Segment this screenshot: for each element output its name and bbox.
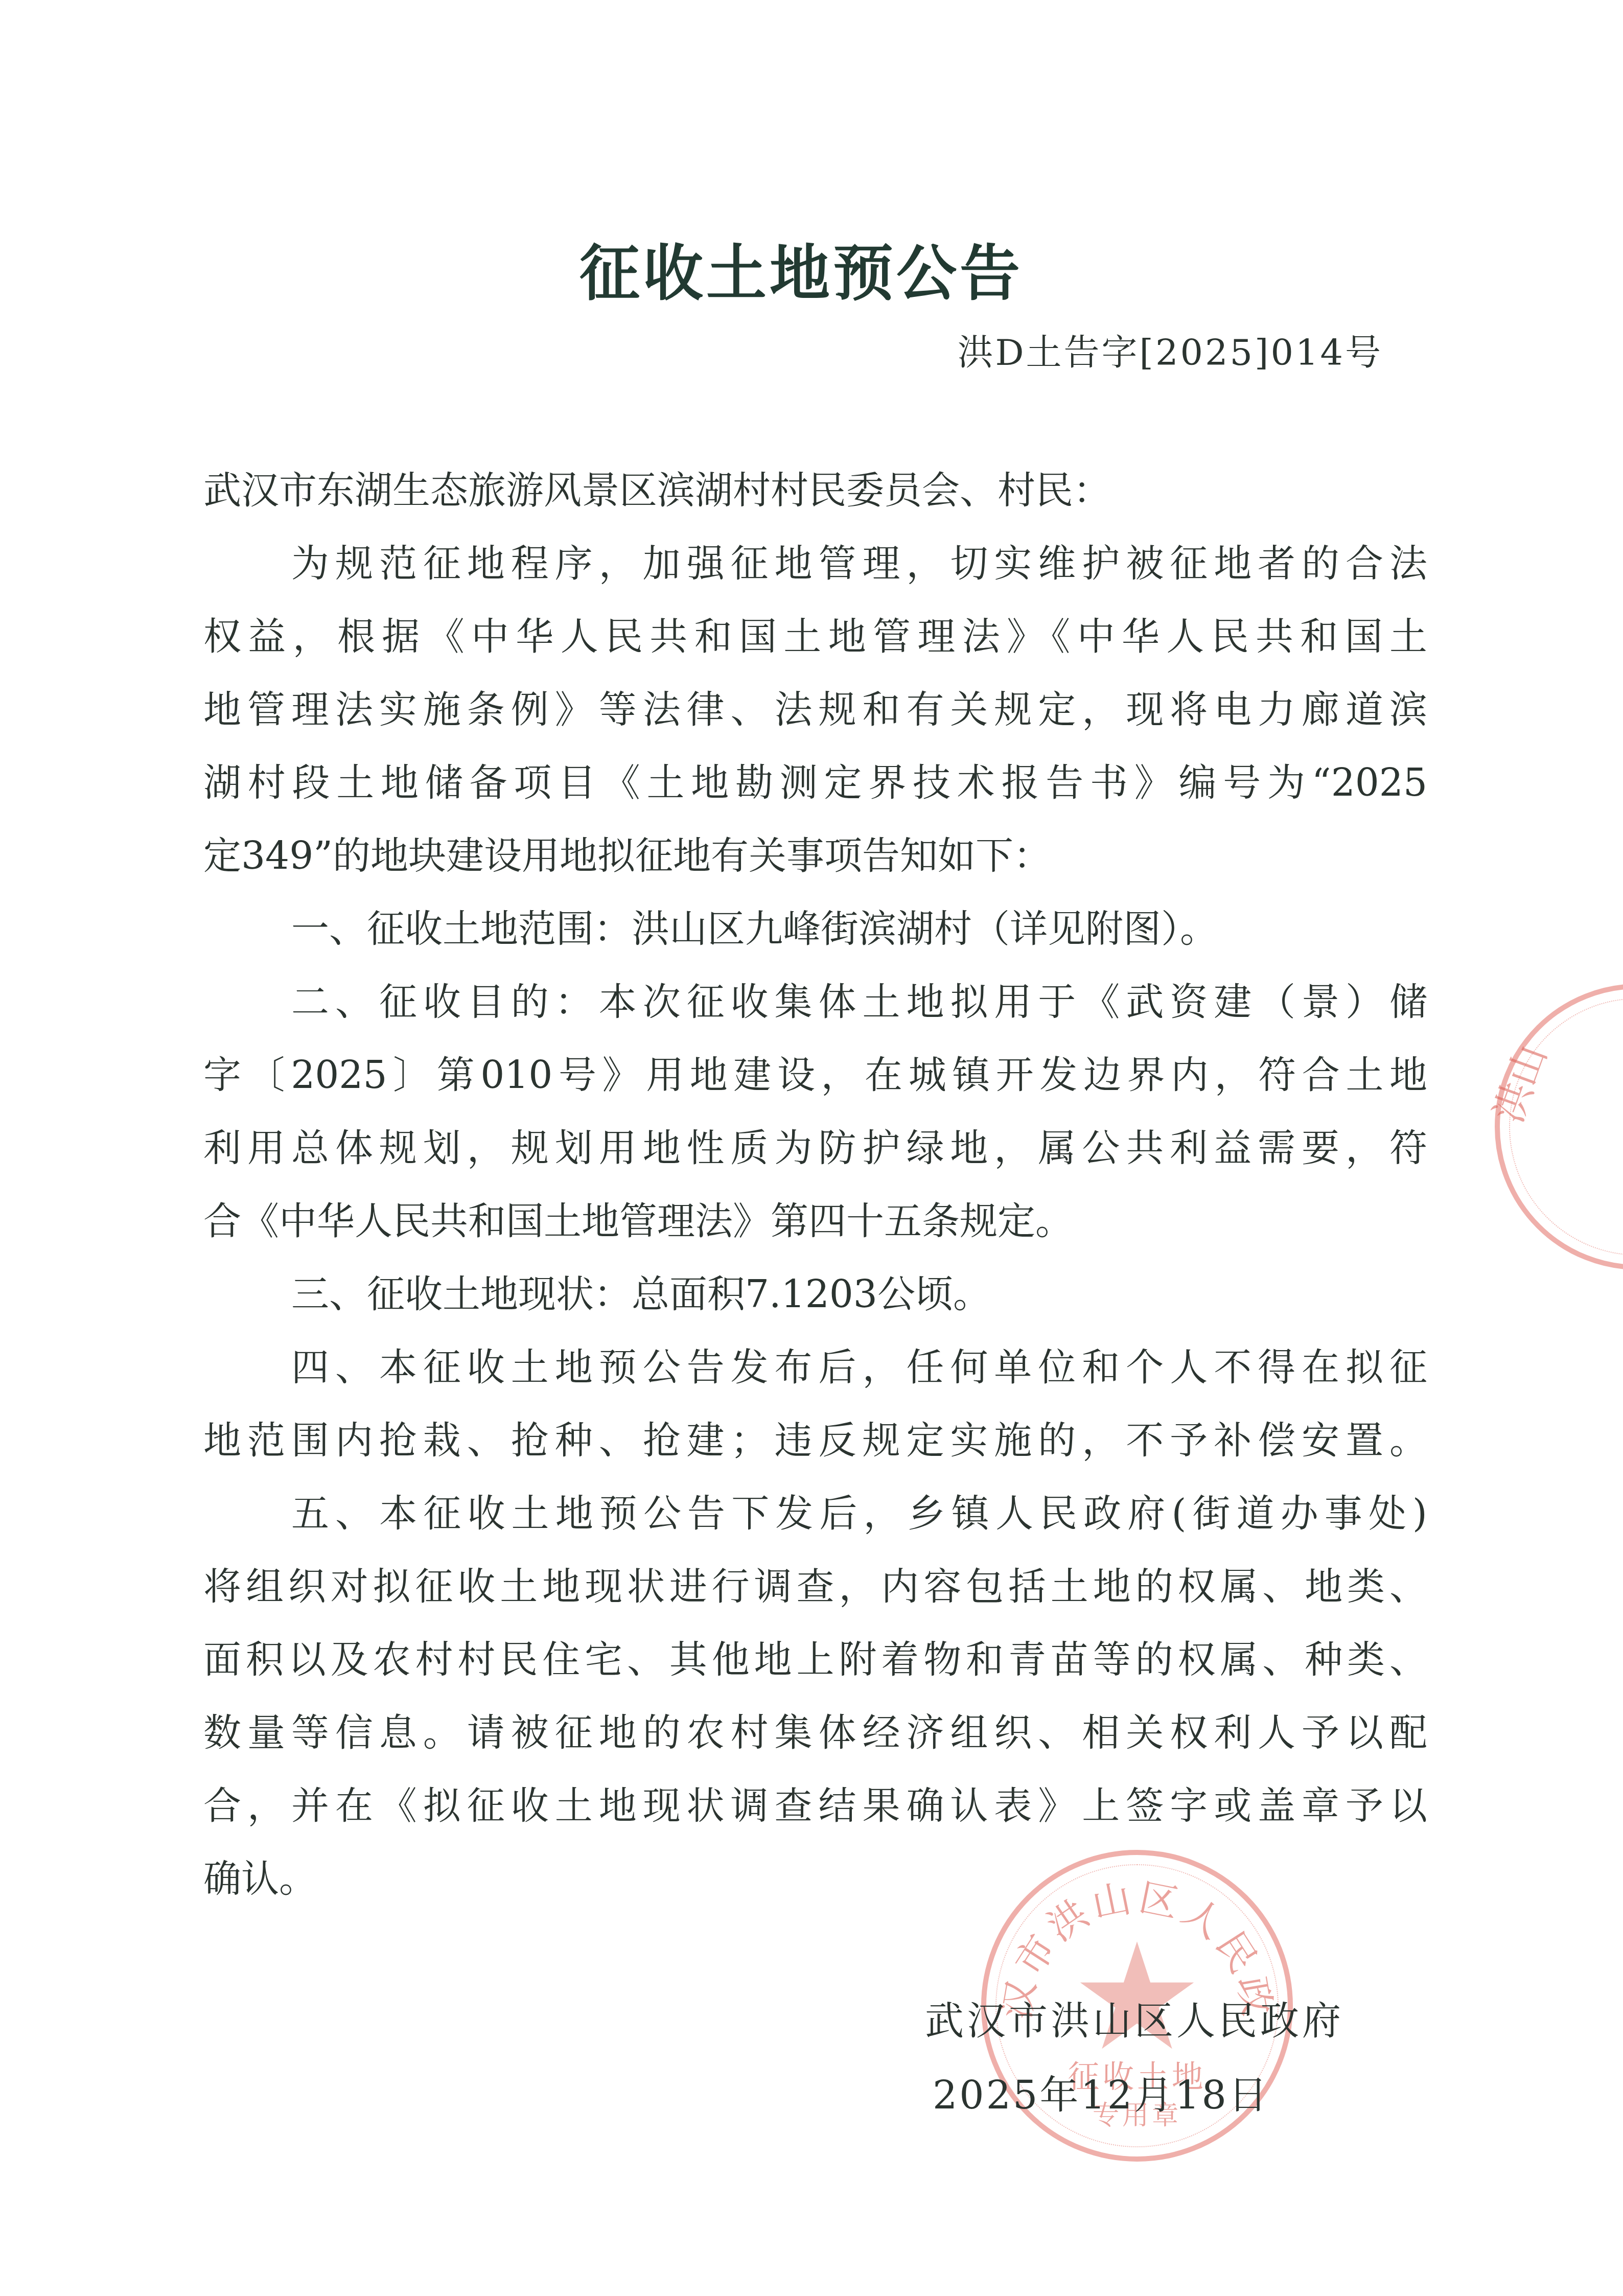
- body-line: 为规范征地程序，加强征地管理，切实维护被征地者的合法: [291, 538, 1427, 589]
- body-line: 数量等信息。请被征地的农村集体经济组织、相关权利人予以配: [203, 1707, 1427, 1758]
- item-2-purpose: 二、征收目的：本次征收集体土地拟用于《武资建（景）储: [291, 977, 1427, 1028]
- item-1-scope: 一、征收土地范围：洪山区九峰街滨湖村（详见附图）。: [291, 903, 1427, 955]
- body-line: 地管理法实施条例》等法律、法规和有关规定，现将电力廊道滨: [203, 684, 1427, 735]
- document-number: 洪D土告字[2025]014号: [958, 327, 1383, 378]
- seal-ring-text: 武汉市洪山区人民政府: [965, 1819, 1281, 2023]
- body-line: 合《中华人民共和国土地管理法》第四十五条规定。: [203, 1196, 1427, 1247]
- body-line: 将组织对拟征收土地现状进行调查，内容包括土地的权属、地类、: [203, 1561, 1427, 1612]
- svg-text:武汉市洪山区人民政府: 武汉市洪山区人民政府: [965, 1819, 1281, 2023]
- body-line: 定349”的地块建设用地拟征地有关事项告知如下：: [203, 830, 1427, 882]
- item-4-restriction: 四、本征收土地预公告发布后，任何单位和个人不得在拟征: [291, 1342, 1427, 1393]
- edge-seal-mark-icon: 洪山: [1500, 989, 1623, 1265]
- body-line: 字〔2025〕第010号》用地建设，在城镇开发边界内，符合土地: [203, 1050, 1427, 1101]
- body-line: 合，并在《拟征收土地现状调查结果确认表》上签字或盖章予以: [203, 1780, 1427, 1831]
- issue-date: 2025年12月18日: [933, 2067, 1269, 2123]
- body-line: 确认。: [203, 1853, 1427, 1905]
- item-5-survey: 五、本征收土地预公告下发后，乡镇人民政府(街道办事处): [291, 1488, 1427, 1539]
- document-page: 征收土地预公告 洪D土告字[2025]014号 武汉市东湖生态旅游风景区滨湖村村…: [0, 0, 1623, 2296]
- edge-seal-text: 洪山: [1486, 1039, 1556, 1129]
- edge-seal-inner-ring: [1509, 998, 1623, 1256]
- edge-seal: 洪山: [1495, 984, 1623, 1270]
- body-line: 地范围内抢栽、抢种、抢建；违反规定实施的，不予补偿安置。: [203, 1415, 1427, 1466]
- body-line: 湖村段土地储备项目《土地勘测定界技术报告书》编号为“2025: [203, 757, 1427, 808]
- body-line: 利用总体规划，规划用地性质为防护绿地，属公共利益需要，符: [203, 1123, 1427, 1174]
- body-line: 权益，根据《中华人民共和国土地管理法》《中华人民共和国土: [203, 611, 1427, 662]
- item-3-status: 三、征收土地现状：总面积7.1203公顷。: [291, 1269, 1427, 1320]
- addressee: 武汉市东湖生态旅游风景区滨湖村村民委员会、村民：: [203, 465, 1427, 516]
- issuer-signature: 武汉市洪山区人民政府: [925, 1993, 1344, 2049]
- page-title: 征收土地预公告: [0, 233, 1623, 314]
- body-line: 面积以及农村村民住宅、其他地上附着物和青苗等的权属、种类、: [203, 1634, 1427, 1685]
